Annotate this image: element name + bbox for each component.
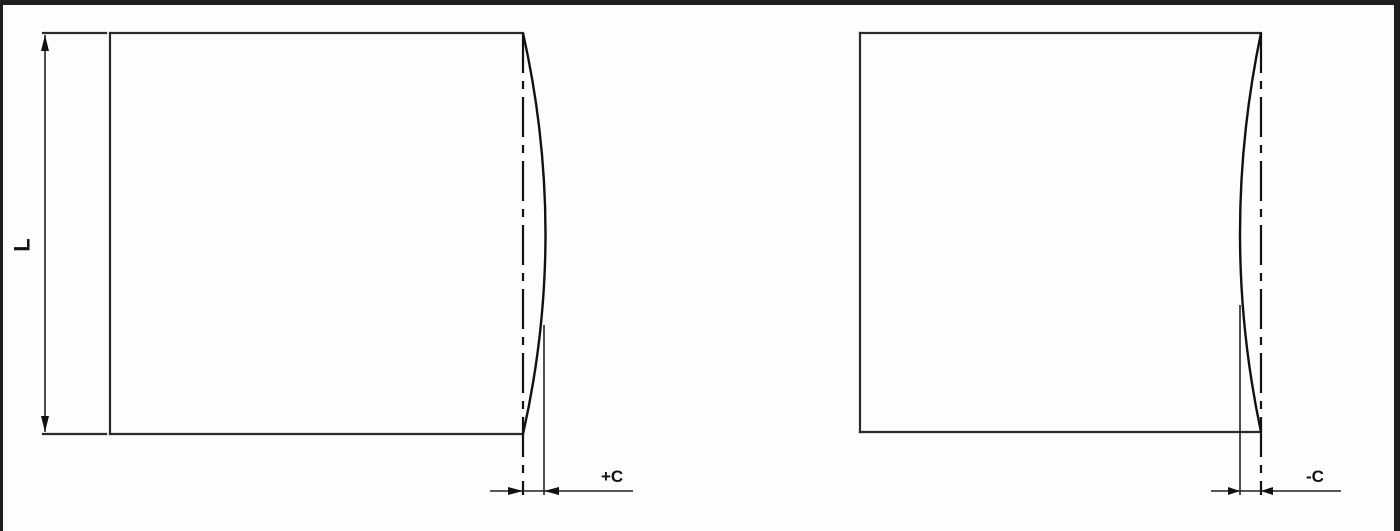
arrow-right-icon <box>508 487 523 495</box>
convex-curve <box>523 33 546 434</box>
length-label: L <box>10 238 36 251</box>
concave-curve <box>1240 33 1261 432</box>
arrow-up-icon <box>41 35 49 51</box>
concave-deviation-label: -C <box>1306 467 1324 487</box>
arrow-right-icon <box>1228 487 1240 495</box>
arrow-left-icon <box>1261 487 1273 495</box>
arrow-left-icon <box>544 487 559 495</box>
diagram-canvas: L +C -C <box>3 5 1394 531</box>
convex-figure <box>41 33 633 495</box>
diagram-svg <box>3 5 1394 531</box>
arrow-down-icon <box>41 416 49 432</box>
concave-figure <box>860 33 1341 495</box>
convex-deviation-label: +C <box>601 467 623 487</box>
